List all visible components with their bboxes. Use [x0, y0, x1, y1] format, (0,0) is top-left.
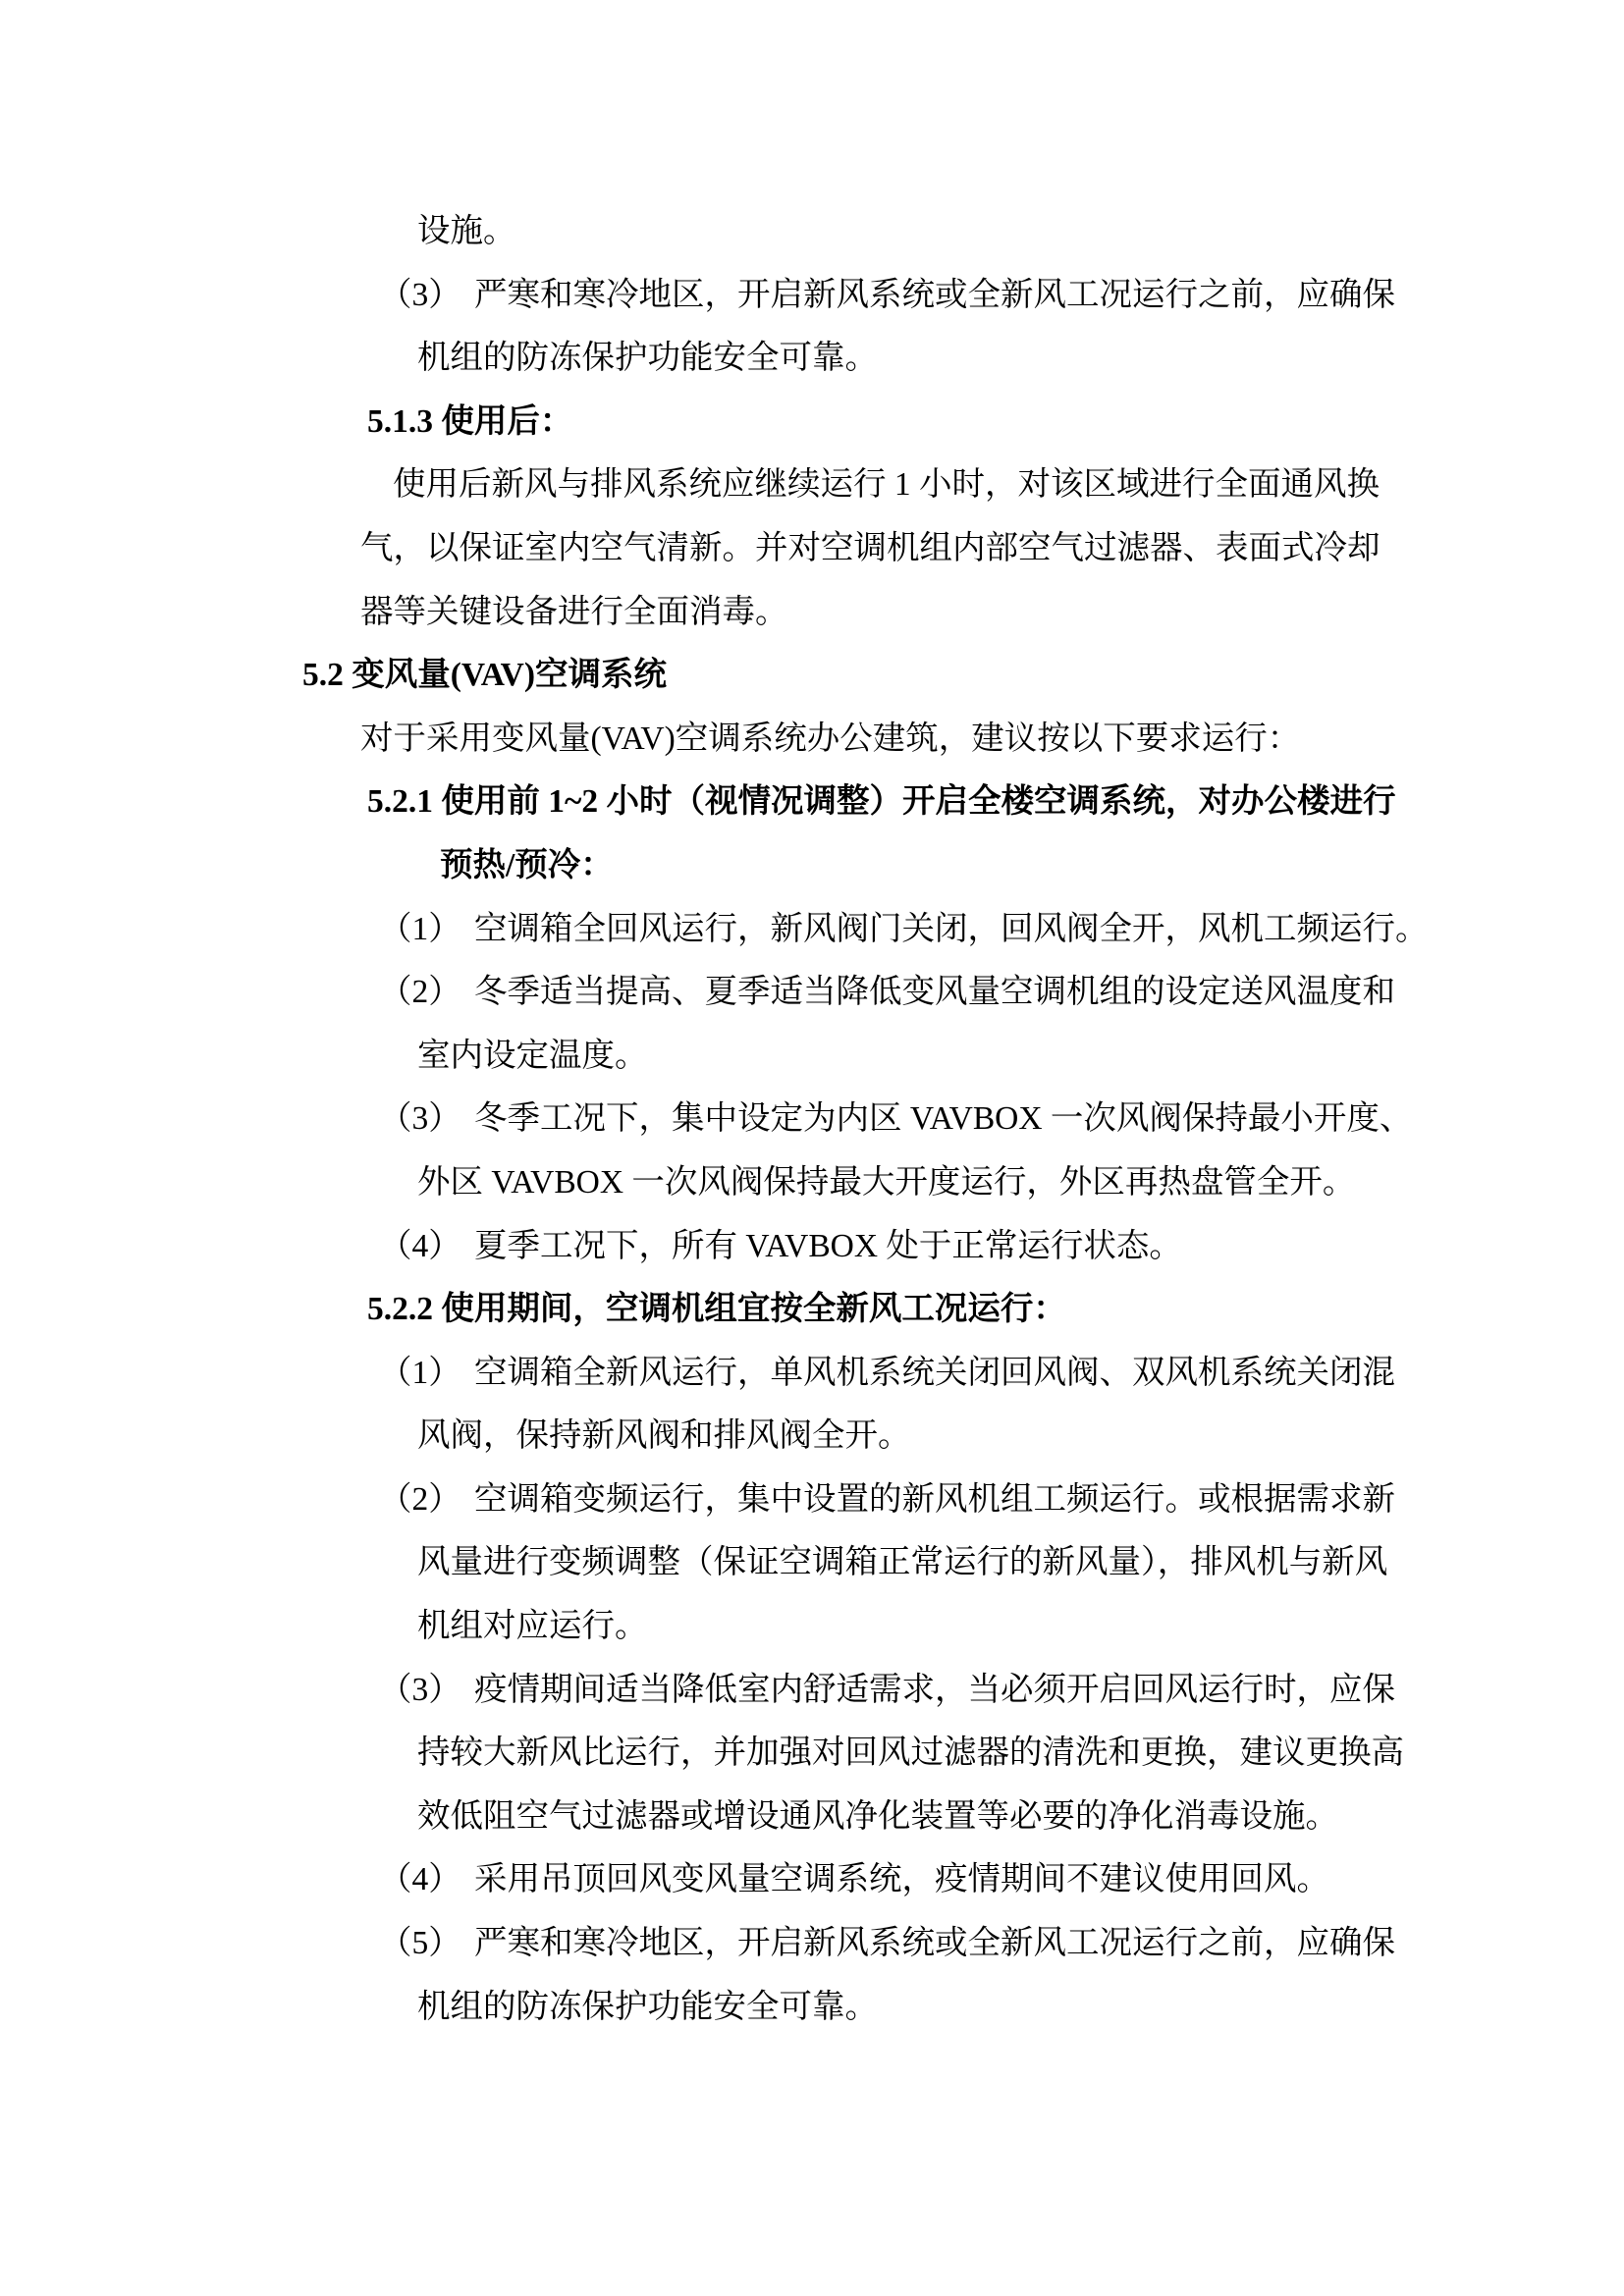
heading-5-2-1: 5.2.1 使用前 1~2 小时（视情况调整）开启全楼空调系统，对办公楼进行: [367, 771, 1624, 834]
list-item: （3）疫情期间适当降低室内舒适需求，当必须开启回风运行时，应保: [379, 1659, 1624, 1723]
list-item-continuation: 机组的防冻保护功能安全可靠。: [417, 1976, 1624, 2040]
list-item-text: 空调箱全回风运行，新风阀门关闭，回风阀全开，风机工频运行。: [474, 911, 1429, 947]
list-item-marker: （1）: [379, 898, 474, 962]
list-item-continuation: 效低阻空气过滤器或增设通风净化装置等必要的净化消毒设施。: [417, 1786, 1624, 1849]
heading-5-1-3: 5.1.3 使用后：: [367, 391, 1624, 454]
list-item-continuation: 机组对应运行。: [417, 1595, 1624, 1659]
list-item: （4）采用吊顶回风变风量空调系统，疫情期间不建议使用回风。: [379, 1848, 1624, 1912]
list-item-marker: （4）: [379, 1848, 474, 1912]
heading-5-2-2: 5.2.2 使用期间，空调机组宜按全新风工况运行：: [367, 1278, 1624, 1342]
list-item: （1）空调箱全回风运行，新风阀门关闭，回风阀全开，风机工频运行。: [379, 898, 1624, 962]
list-item-text: 空调箱变频运行，集中设置的新风机组工频运行。或根据需求新: [474, 1481, 1395, 1518]
list-item: （3）冬季工况下，集中设定为内区 VAVBOX 一次风阀保持最小开度、: [379, 1088, 1624, 1151]
paragraph-line: 器等关键设备进行全面消毒。: [360, 581, 1624, 645]
list-item-text: 空调箱全新风运行，单风机系统关闭回风阀、双风机系统关闭混: [474, 1355, 1395, 1391]
list-item-continuation: 风阀，保持新风阀和排风阀全开。: [417, 1405, 1624, 1468]
list-item-text: 冬季工况下，集中设定为内区 VAVBOX 一次风阀保持最小开度、: [474, 1100, 1412, 1137]
paragraph-line: 对于采用变风量(VAV)空调系统办公建筑，建议按以下要求运行：: [360, 708, 1624, 772]
list-item: （5）严寒和寒冷地区，开启新风系统或全新风工况运行之前，应确保: [379, 1912, 1624, 1976]
paragraph-line: 气，以保证室内空气清新。并对空调机组内部空气过滤器、表面式冷却: [360, 517, 1624, 581]
list-item-text: 严寒和寒冷地区，开启新风系统或全新风工况运行之前，应确保: [474, 277, 1395, 313]
list-item-text: 采用吊顶回风变风量空调系统，疫情期间不建议使用回风。: [474, 1861, 1329, 1897]
list-item-marker: （3）: [379, 1088, 474, 1151]
list-item-continuation: 室内设定温度。: [417, 1025, 1624, 1089]
list-item: （1）空调箱全新风运行，单风机系统关闭回风阀、双风机系统关闭混: [379, 1342, 1624, 1406]
list-item-continuation: 持较大新风比运行，并加强对回风过滤器的清洗和更换，建议更换高: [417, 1722, 1624, 1786]
list-item-continuation: 机组的防冻保护功能安全可靠。: [417, 327, 1624, 391]
list-item-marker: （4）: [379, 1215, 474, 1279]
heading-5-2-1-continuation: 预热/预冷：: [440, 834, 1624, 898]
list-item-marker: （5）: [379, 1912, 474, 1976]
paragraph-line: 使用后新风与排风系统应继续运行 1 小时，对该区域进行全面通风换: [393, 454, 1624, 517]
list-item: （3）严寒和寒冷地区，开启新风系统或全新风工况运行之前，应确保: [379, 264, 1624, 328]
document-page: 设施。 （3）严寒和寒冷地区，开启新风系统或全新风工况运行之前，应确保 机组的防…: [0, 0, 1624, 2296]
list-item-marker: （2）: [379, 961, 474, 1025]
list-item-continuation: 风量进行变频调整（保证空调箱正常运行的新风量），排风机与新风: [417, 1531, 1624, 1595]
document-content: 设施。 （3）严寒和寒冷地区，开启新风系统或全新风工况运行之前，应确保 机组的防…: [0, 0, 1624, 2039]
heading-5-2: 5.2 变风量(VAV)空调系统: [302, 644, 1624, 708]
list-item: （2）空调箱变频运行，集中设置的新风机组工频运行。或根据需求新: [379, 1468, 1624, 1532]
list-item-continuation: 设施。: [417, 200, 1624, 264]
list-item-marker: （3）: [379, 1659, 474, 1723]
list-item-text: 夏季工况下，所有 VAVBOX 处于正常运行状态。: [474, 1228, 1182, 1264]
list-item-text: 严寒和寒冷地区，开启新风系统或全新风工况运行之前，应确保: [474, 1925, 1395, 1961]
list-item-continuation: 外区 VAVBOX 一次风阀保持最大开度运行，外区再热盘管全开。: [417, 1151, 1624, 1215]
list-item-marker: （1）: [379, 1342, 474, 1406]
list-item-marker: （3）: [379, 264, 474, 328]
list-item-text: 冬季适当提高、夏季适当降低变风量空调机组的设定送风温度和: [474, 974, 1395, 1010]
list-item: （2）冬季适当提高、夏季适当降低变风量空调机组的设定送风温度和: [379, 961, 1624, 1025]
list-item-text: 疫情期间适当降低室内舒适需求，当必须开启回风运行时，应保: [474, 1672, 1395, 1708]
list-item-marker: （2）: [379, 1468, 474, 1532]
list-item: （4）夏季工况下，所有 VAVBOX 处于正常运行状态。: [379, 1215, 1624, 1279]
